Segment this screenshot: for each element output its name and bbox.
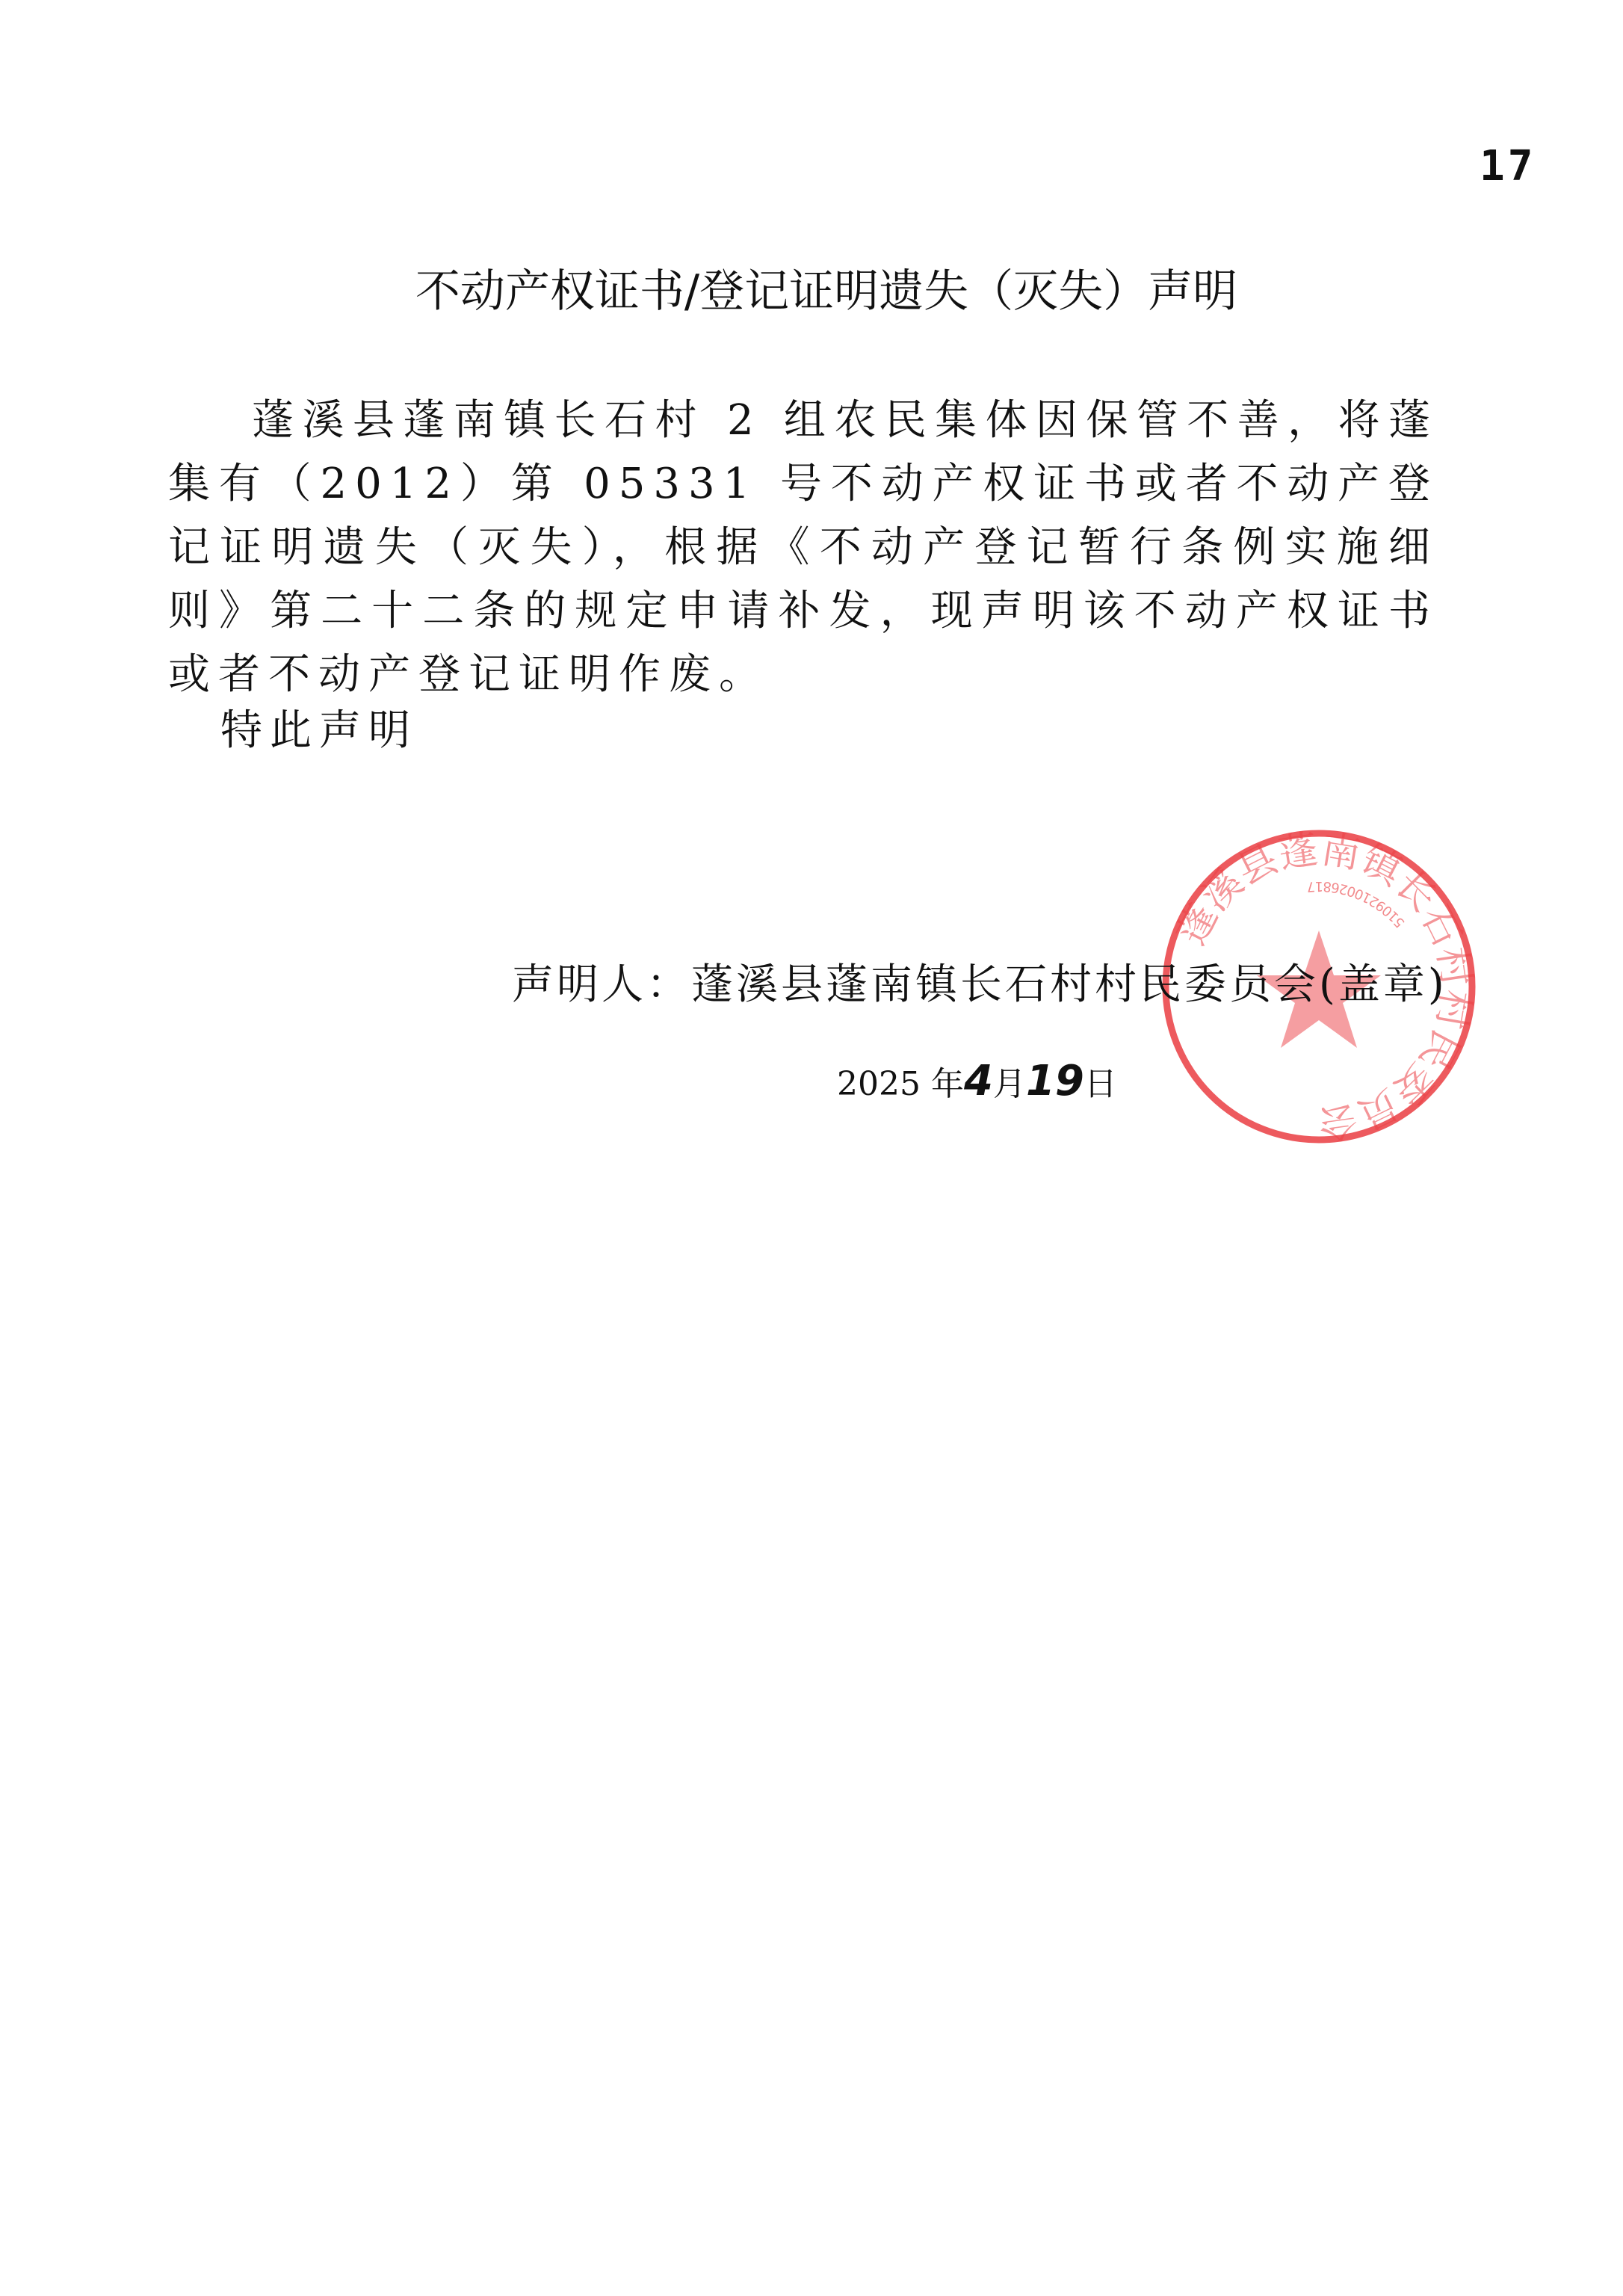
closing-statement: 特此声明 [220, 699, 418, 762]
page-number: 17 [1480, 142, 1536, 191]
signature-line: 声明人：蓬溪县蓬南镇长石村村民委员会(盖章) [512, 953, 1447, 1016]
date-year: 2025 [837, 1065, 921, 1103]
signature-label: 声明人： [512, 960, 691, 1009]
date-month-suffix: 月 [993, 1065, 1026, 1103]
declaration-body: 蓬溪县蓬南镇长石村 2 组农民集体因保管不善，将蓬集有（2012）第 05331… [168, 389, 1438, 706]
declarant-name: 蓬溪县蓬南镇长石村村民委员会 [691, 960, 1319, 1009]
date-year-suffix: 年 [921, 1065, 964, 1103]
date-day: 19 [1026, 1057, 1084, 1105]
declaration-date: 2025 年4月19日 [837, 1055, 1117, 1111]
seal-note: (盖章) [1319, 960, 1447, 1009]
date-month: 4 [964, 1057, 993, 1105]
document-title: 不动产权证书/登记证明遗失（灭失）声明 [0, 262, 1623, 321]
declaration-paragraph: 蓬溪县蓬南镇长石村 2 组农民集体因保管不善，将蓬集有（2012）第 05331… [168, 389, 1438, 706]
date-day-suffix: 日 [1084, 1065, 1117, 1103]
